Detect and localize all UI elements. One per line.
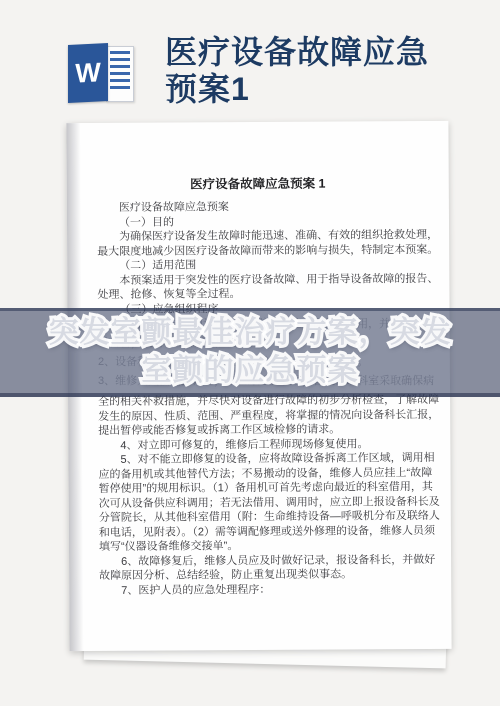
paragraph: 本预案适用于突发性的医疗设备故障、用于指导设备故障的报告、处理、抢修、恢复等全过… [97,271,439,302]
page-title-line1: 医疗设备故障应急 [165,34,485,71]
document-body-top: 医疗设备故障应急预案 （一）目的 为确保医疗设备发生故障时能迅速、准确、有效的组… [97,199,440,317]
headline-banner: 1、设备使用人员发现设备发生故障后，应立即停止使用，并及时报告 设备科，同时做好… [0,308,500,397]
word-icon-panel: W [68,43,108,103]
paragraph: 6、故障修复后，维修人员应及时做好记录，报设备科长，并做好故障原因分析、总结经验… [99,552,441,583]
headline-line1: 突发室颤最佳治疗方案，突发 突发室颤最佳治疗方案，突发 [49,314,452,352]
word-icon-letter: W [75,59,100,87]
headline-line2-fill: 室颤的应急预案 [142,354,359,387]
page-title: 医疗设备故障应急 预案1 [165,34,485,108]
word-file-icon: W [68,44,134,102]
paragraph: 全的相关补救措施，并尽快对设备进行故障的初步分析检查，了解故障发生的原因、性质、… [98,393,440,439]
headline-line2: 室颤的应急预案 室颤的应急预案 [142,352,359,390]
word-icon-sheet [106,46,134,102]
paragraph: 5、对不能立即修复的设备，应将故障设备拆离工作区域，调用相应的备用机或其他替代方… [98,451,441,555]
document-header: W 医疗设备故障应急 预案1 [0,0,500,122]
cover-image: W 医疗设备故障应急 预案1 医疗设备故障应急预案 1 医疗设备故障应急预案 （… [0,0,500,706]
page-title-line2: 预案1 [165,71,485,108]
paragraph: 为确保医疗设备发生故障时能迅速、准确、有效的组织抢救处理，最大限度地减少因医疗设… [97,228,439,259]
headline-line1-fill: 突发室颤最佳治疗方案，突发 [49,316,452,349]
document-body-bottom: 全的相关补救措施，并尽快对设备进行故障的初步分析检查，了解故障发生的原因、性质、… [98,393,441,598]
paragraph: 7、医护人员的应急处理程序： [99,581,441,598]
headline-text: 突发室颤最佳治疗方案，突发 突发室颤最佳治疗方案，突发 室颤的应急预案 室颤的应… [0,311,500,393]
document-heading: 医疗设备故障应急预案 1 [67,173,449,193]
